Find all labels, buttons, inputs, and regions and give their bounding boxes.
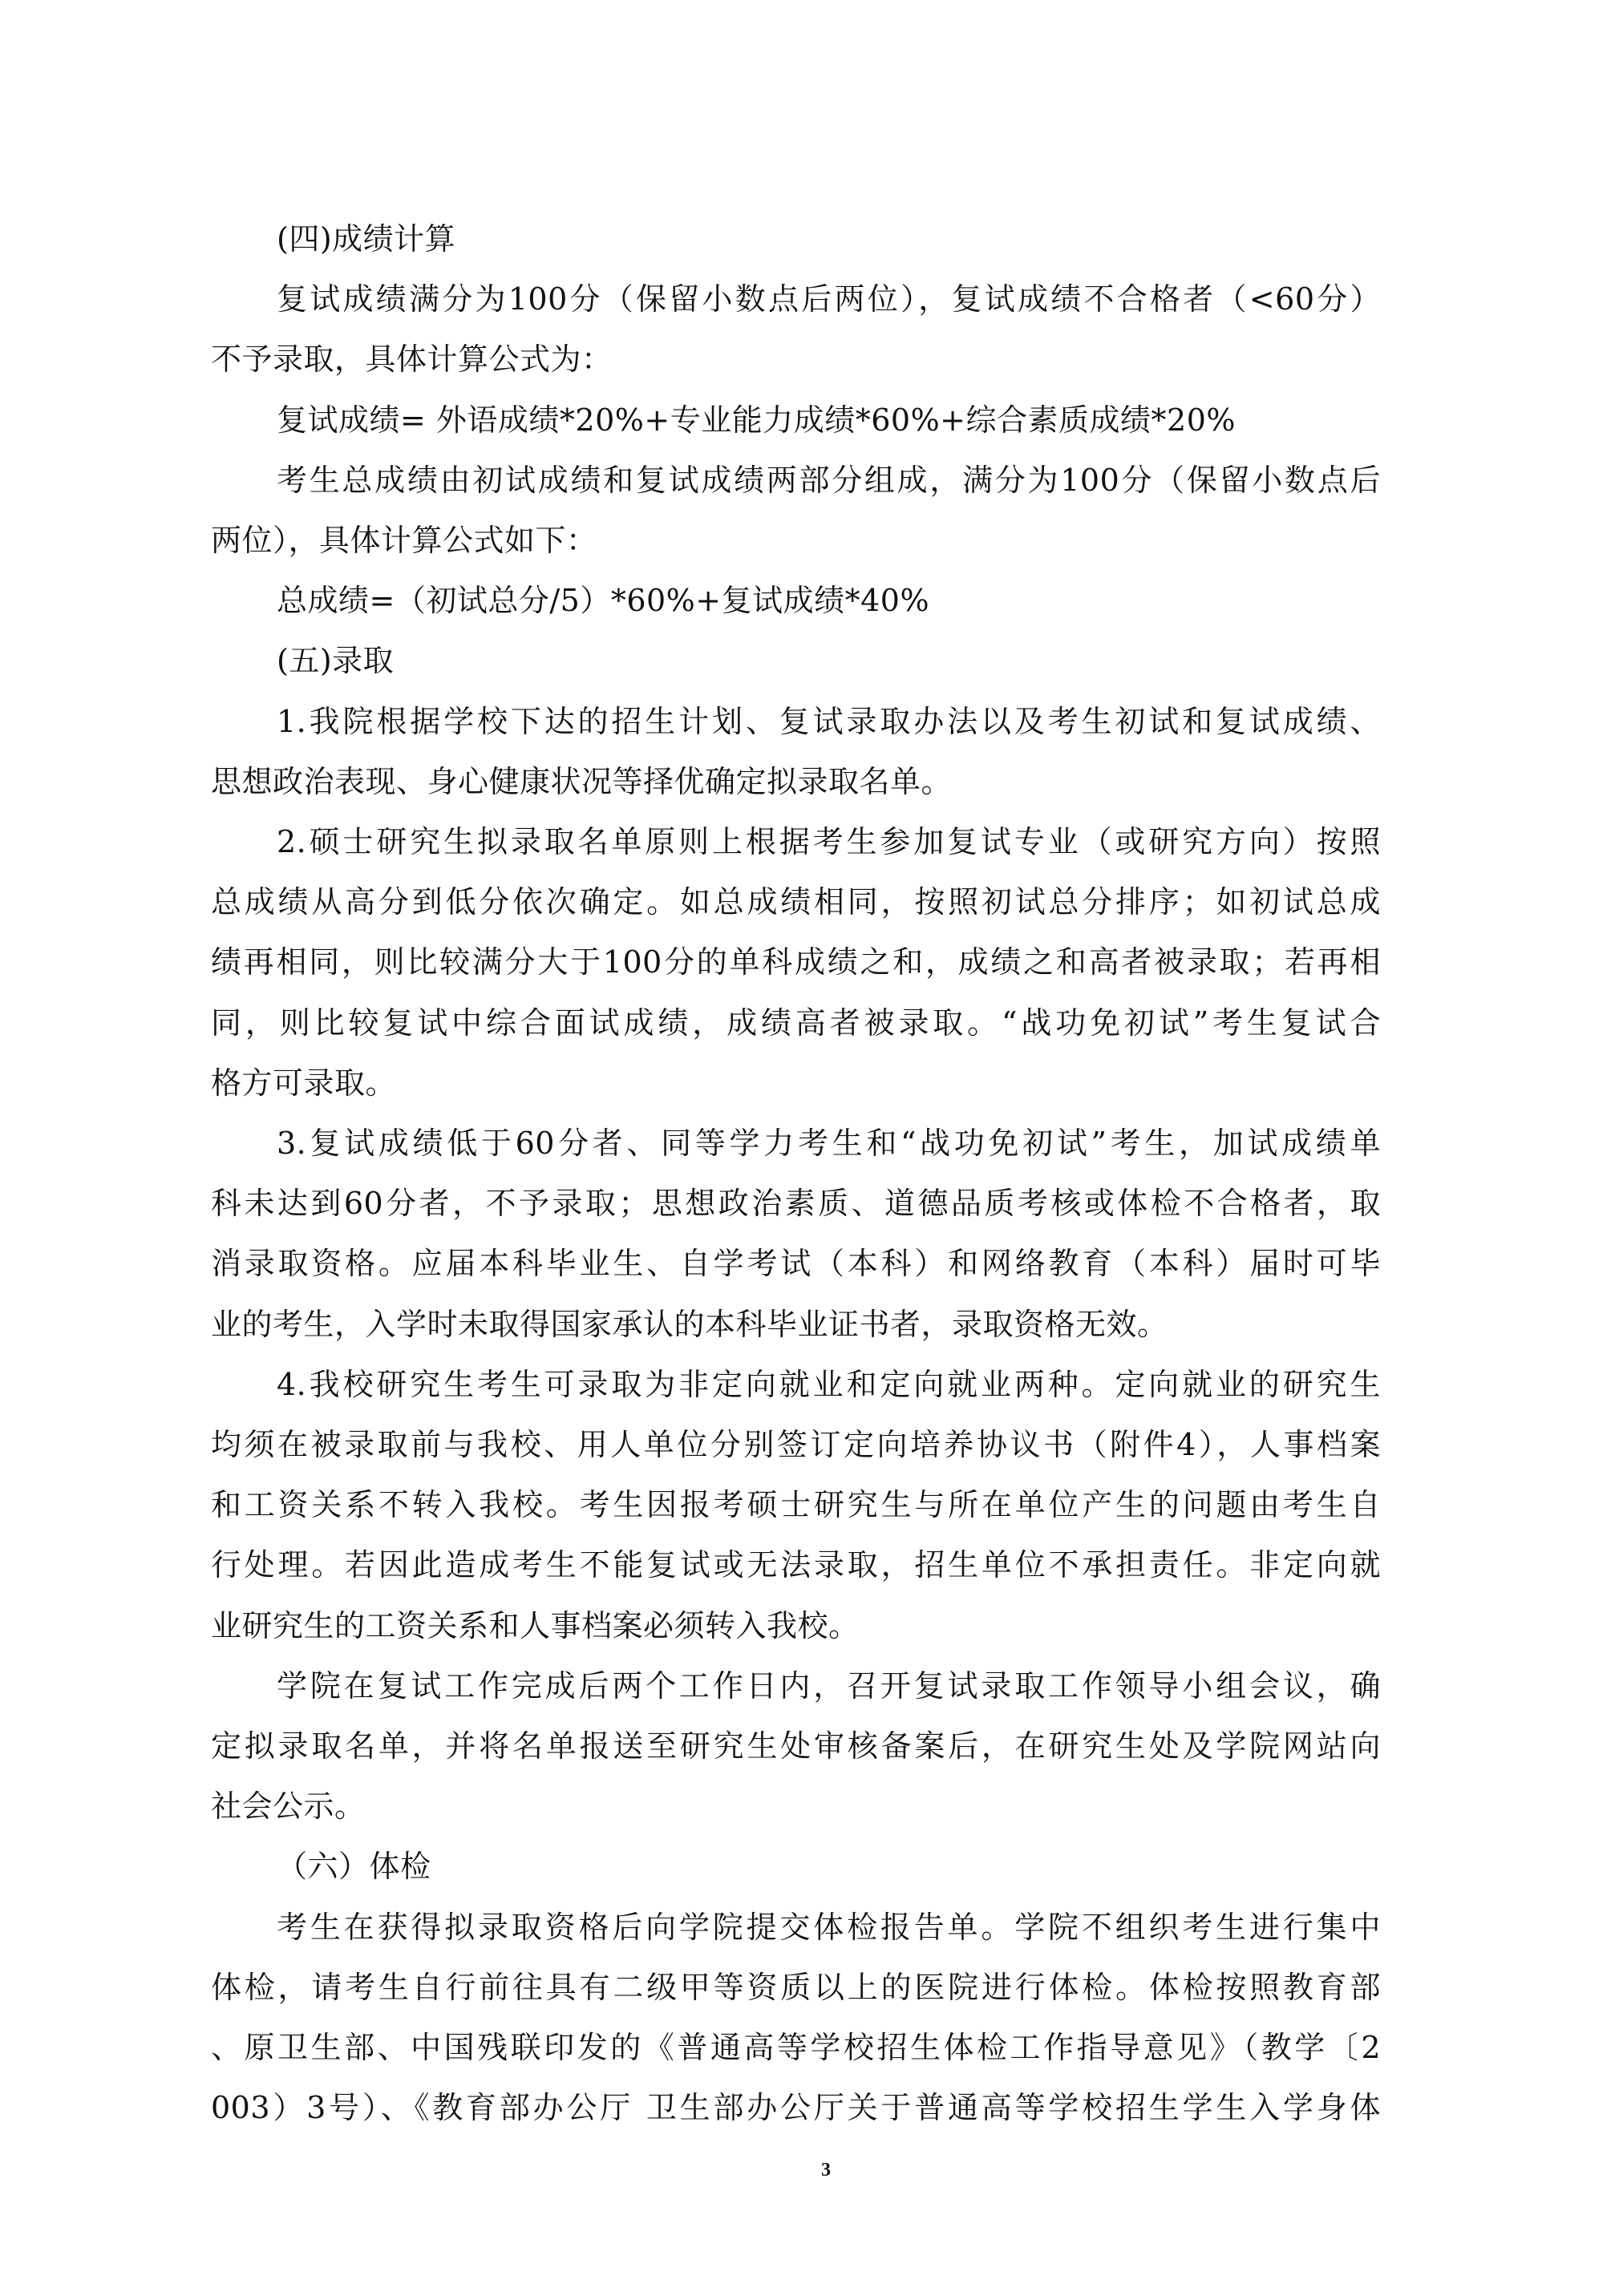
admission-item-2-line: 格方可录取。: [211, 1059, 396, 1107]
admission-item-3-line: 消录取资格。应届本科毕业生、自学考试（本科）和网络教育（本科）届时可毕: [211, 1239, 1381, 1287]
admission-item-2-line: 总成绩从高分到低分依次确定。如总成绩相同，按照初试总分排序；如初试总成: [211, 878, 1381, 926]
paragraph-line: 不予录取，具体计算公式为：: [211, 335, 613, 383]
section-heading-score-calculation: (四)成绩计算: [277, 215, 455, 263]
section-heading-admission: (五)录取: [277, 637, 394, 685]
admission-item-4-line: 业研究生的工资关系和人事档案必须转入我校。: [211, 1602, 860, 1650]
page-number: 3: [810, 2157, 842, 2184]
physical-exam-line: 、原卫生部、中国残联印发的《普通高等学校招生体检工作指导意见》（教学〔2: [211, 2023, 1381, 2072]
admission-item-1-line: 思想政治表现、身心健康状况等择优确定拟录取名单。: [211, 758, 952, 806]
admission-item-1-line: 1.我院根据学校下达的招生计划、复试录取办法以及考生初试和复试成绩、: [277, 697, 1381, 746]
retest-score-formula: 复试成绩= 外语成绩*20%+专业能力成绩*60%+综合素质成绩*20%: [277, 396, 1236, 444]
admission-item-3-line: 科未达到60分者，不予录取；思想政治素质、道德品质考核或体检不合格者，取: [211, 1179, 1381, 1227]
admission-item-4-line: 均须在被录取前与我校、用人单位分别签订定向培养协议书（附件4），人事档案: [211, 1421, 1381, 1469]
admission-item-3-line: 3.复试成绩低于60分者、同等学力考生和“战功免初试”考生，加试成绩单: [277, 1119, 1381, 1167]
total-score-formula: 总成绩=（初试总分/5）*60%+复试成绩*40%: [277, 576, 929, 625]
admission-item-2-line: 绩再相同，则比较满分大于100分的单科成绩之和，成绩之和高者被录取；若再相: [211, 938, 1381, 986]
paragraph-line: 考生总成绩由初试成绩和复试成绩两部分组成，满分为100分（保留小数点后: [277, 456, 1381, 504]
admission-closing-line: 定拟录取名单，并将名单报送至研究生处审核备案后，在研究生处及学院网站向: [211, 1722, 1381, 1770]
paragraph-line: 复试成绩满分为100分（保留小数点后两位），复试成绩不合格者（<60分）: [277, 275, 1381, 323]
admission-closing-line: 学院在复试工作完成后两个工作日内，召开复试录取工作领导小组会议，确: [277, 1662, 1381, 1710]
paragraph-line: 两位），具体计算公式如下：: [211, 516, 597, 564]
physical-exam-line: 考生在获得拟录取资格后向学院提交体检报告单。学院不组织考生进行集中: [277, 1903, 1381, 1951]
physical-exam-line: 003）3号）、《教育部办公厅 卫生部办公厅关于普通高等学校招生学生入学身体: [211, 2084, 1381, 2132]
physical-exam-line: 体检，请考生自行前往具有二级甲等资质以上的医院进行体检。体检按照教育部: [211, 1963, 1381, 2011]
admission-item-4-line: 行处理。若因此造成考生不能复试或无法录取，招生单位不承担责任。非定向就: [211, 1541, 1381, 1589]
admission-item-3-line: 业的考生，入学时未取得国家承认的本科毕业证书者，录取资格无效。: [211, 1300, 1168, 1348]
admission-item-4-line: 4.我校研究生考生可录取为非定向就业和定向就业两种。定向就业的研究生: [277, 1360, 1381, 1409]
document-page: (四)成绩计算 复试成绩满分为100分（保留小数点后两位），复试成绩不合格者（<…: [0, 0, 1623, 2296]
admission-item-2-line: 同，则比较复试中综合面试成绩，成绩高者被录取。“战功免初试”考生复试合: [211, 999, 1381, 1047]
admission-closing-line: 社会公示。: [211, 1782, 366, 1830]
section-heading-physical-exam: （六）体检: [277, 1842, 431, 1890]
admission-item-4-line: 和工资关系不转入我校。考生因报考硕士研究生与所在单位产生的问题由考生自: [211, 1481, 1381, 1529]
admission-item-2-line: 2.硕士研究生拟录取名单原则上根据考生参加复试专业（或研究方向）按照: [277, 818, 1381, 866]
